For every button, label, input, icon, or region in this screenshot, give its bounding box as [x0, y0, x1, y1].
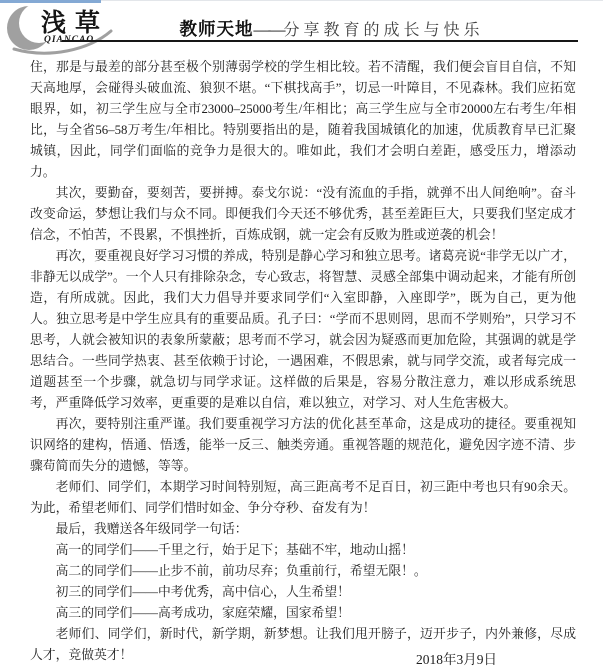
header-subtitle: 分享教育的成长与快乐 [283, 22, 483, 39]
header-dash: —— [253, 20, 283, 39]
body-paragraph: 再次，要特别注重严谨。我们要重视学习方法的优化甚至革命，这是成功的捷径。要重视知… [30, 414, 576, 477]
header-rule [62, 40, 578, 42]
scan-edge-line [101, 0, 603, 1]
body-paragraph: 老师们、同学们，本期学习时间特别短，高三距高考不足百日，初三距中考也只有90余天… [30, 477, 576, 519]
document-date: 2018年3月9日 [0, 648, 497, 668]
body-paragraph: 再次，要重视良好学习习惯的养成，特别是静心学习和独立思考。诸葛亮说“非学无以广才… [30, 246, 576, 414]
body-paragraph: 其次，要勤奋，要刻苦，要拼搏。泰戈尔说：“没有流血的手指，就弹不出人间绝响”。奋… [30, 183, 576, 246]
body-paragraph-grade2-motto: 高二的同学们——止步不前，前功尽弃；负重前行，希望无限！。 [30, 561, 576, 582]
document-body: 住，那是与最差的部分甚至极个别薄弱学校的学生相比较。若不清醒，我们便会盲目自信，… [30, 57, 576, 666]
body-paragraph: 最后，我赠送各年级同学一句话： [30, 519, 576, 540]
body-paragraph-grade3-junior-motto: 初三的同学们——中考优秀，高中信心，人生希望！ [30, 582, 576, 603]
header-title: 教师天地 [179, 19, 253, 39]
body-paragraph: 住，那是与最差的部分甚至极个别薄弱学校的学生相比较。若不清醒，我们便会盲目自信，… [30, 57, 576, 183]
document-page: 浅草 QIANCAO 教师天地——分享教育的成长与快乐 住，那是与最差的部分甚至… [0, 0, 603, 672]
body-paragraph-grade3-senior-motto: 高三的同学们——高考成功，家庭荣耀，国家希望！ [30, 603, 576, 624]
page-header: 教师天地——分享教育的成长与快乐 [60, 16, 603, 41]
body-paragraph-grade1-motto: 高一的同学们——千里之行，始于足下；基础不牢，地动山摇！ [30, 540, 576, 561]
